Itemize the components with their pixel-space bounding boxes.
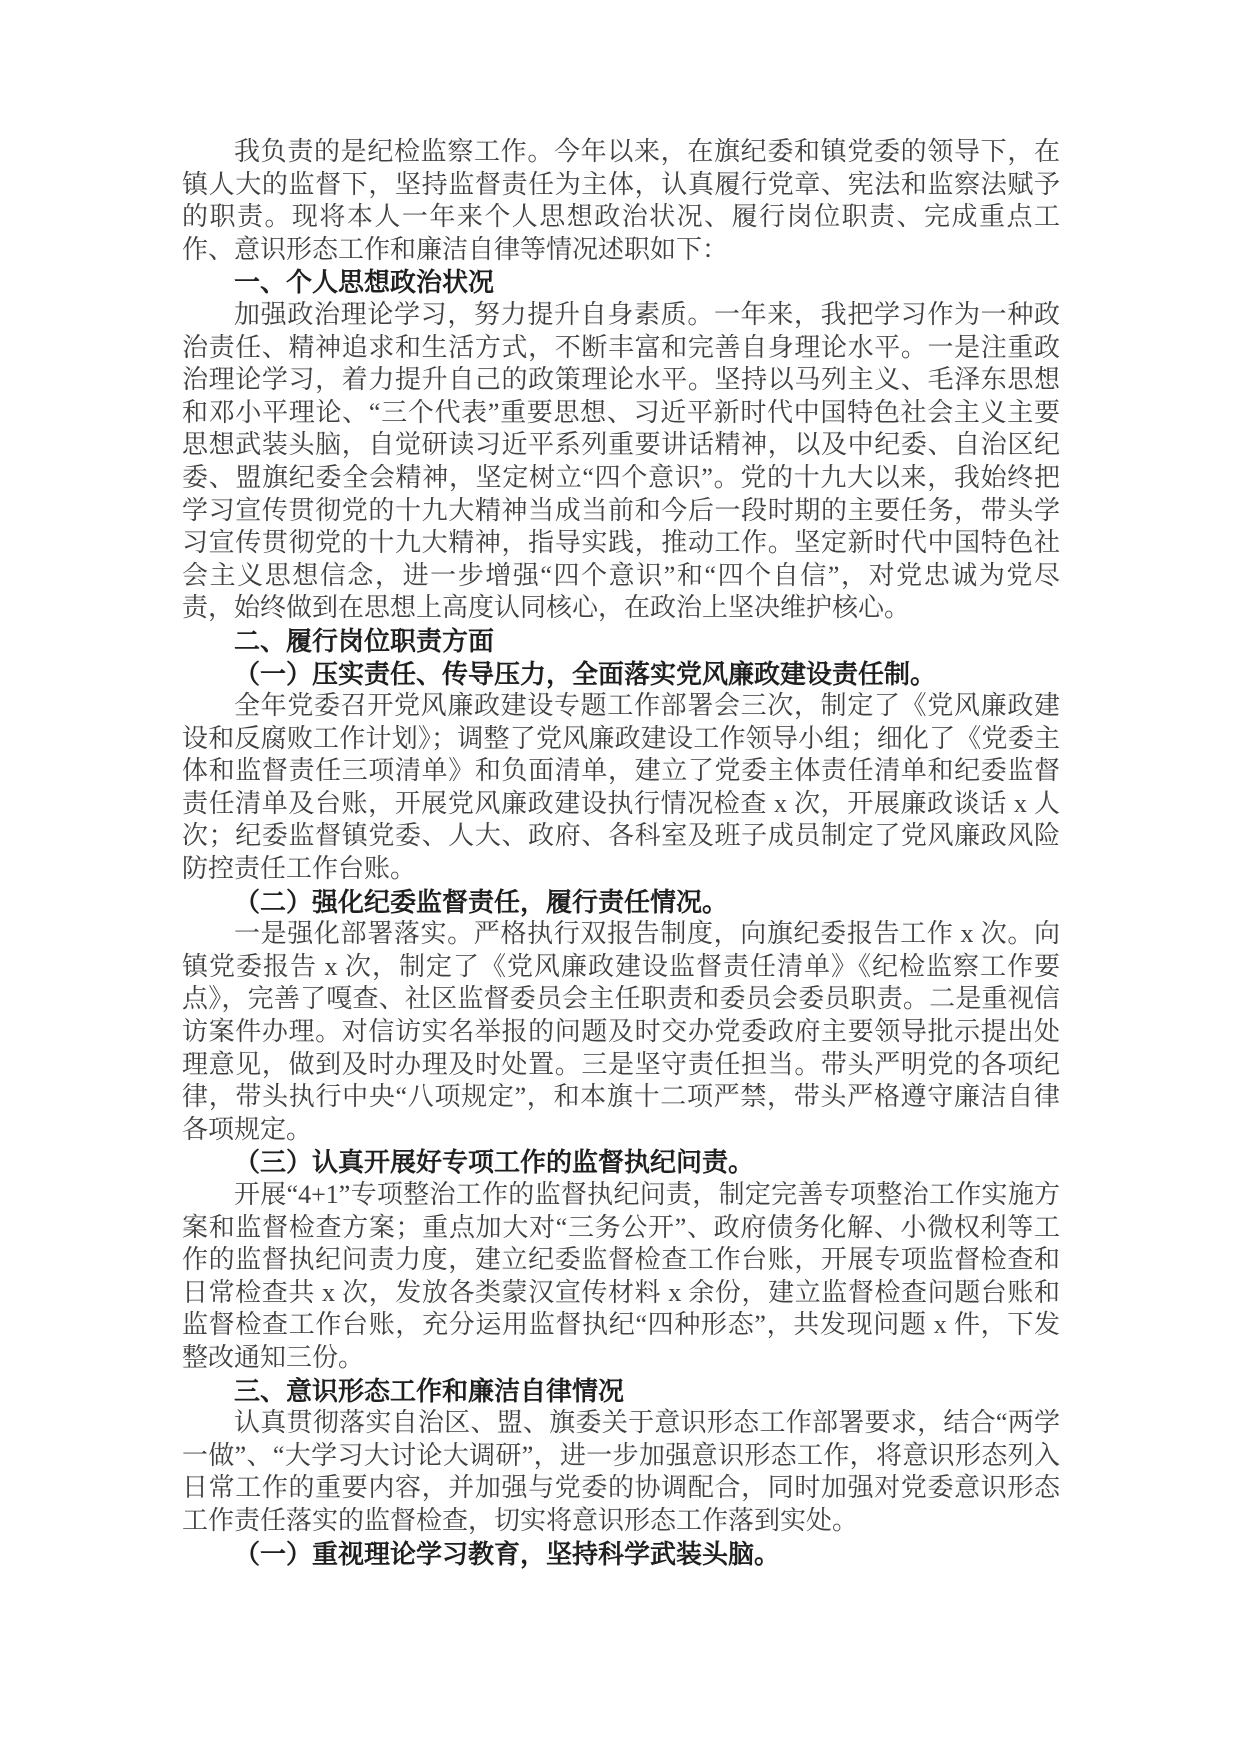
paragraph: 全年党委召开党风廉政建设专题工作部署会三次，制定了《党风廉政建设和反腐败工作计划… xyxy=(182,690,1060,886)
section-heading: 二、履行岗位职责方面 xyxy=(182,625,1060,658)
section-heading: （一）重视理论学习教育，坚持科学武装头脑。 xyxy=(182,1538,1060,1571)
paragraph: 我负责的是纪检监察工作。今年以来，在旗纪委和镇党委的领导下，在镇人大的监督下，坚… xyxy=(182,136,1060,266)
section-heading: （三）认真开展好专项工作的监督执纪问责。 xyxy=(182,1146,1060,1179)
document-body: 我负责的是纪检监察工作。今年以来，在旗纪委和镇党委的领导下，在镇人大的监督下，坚… xyxy=(182,136,1060,1570)
paragraph: 加强政治理论学习，努力提升自身素质。一年来，我把学习作为一种政治责任、精神追求和… xyxy=(182,299,1060,625)
section-heading: （一）压实责任、传导压力，全面落实党风廉政建设责任制。 xyxy=(182,658,1060,691)
section-heading: 三、意识形态工作和廉洁自律情况 xyxy=(182,1375,1060,1408)
paragraph: 一是强化部署落实。严格执行双报告制度，向旗纪委报告工作 x 次。向镇党委报告 x… xyxy=(182,918,1060,1146)
section-heading: （二）强化纪委监督责任，履行责任情况。 xyxy=(182,886,1060,919)
paragraph: 开展“4+1”专项整治工作的监督执纪问责，制定完善专项整治工作实施方案和监督检查… xyxy=(182,1179,1060,1375)
paragraph: 认真贯彻落实自治区、盟、旗委关于意识形态工作部署要求，结合“两学一做”、“大学习… xyxy=(182,1407,1060,1537)
document-page: 我负责的是纪检监察工作。今年以来，在旗纪委和镇党委的领导下，在镇人大的监督下，坚… xyxy=(0,0,1240,1754)
section-heading: 一、个人思想政治状况 xyxy=(182,266,1060,299)
